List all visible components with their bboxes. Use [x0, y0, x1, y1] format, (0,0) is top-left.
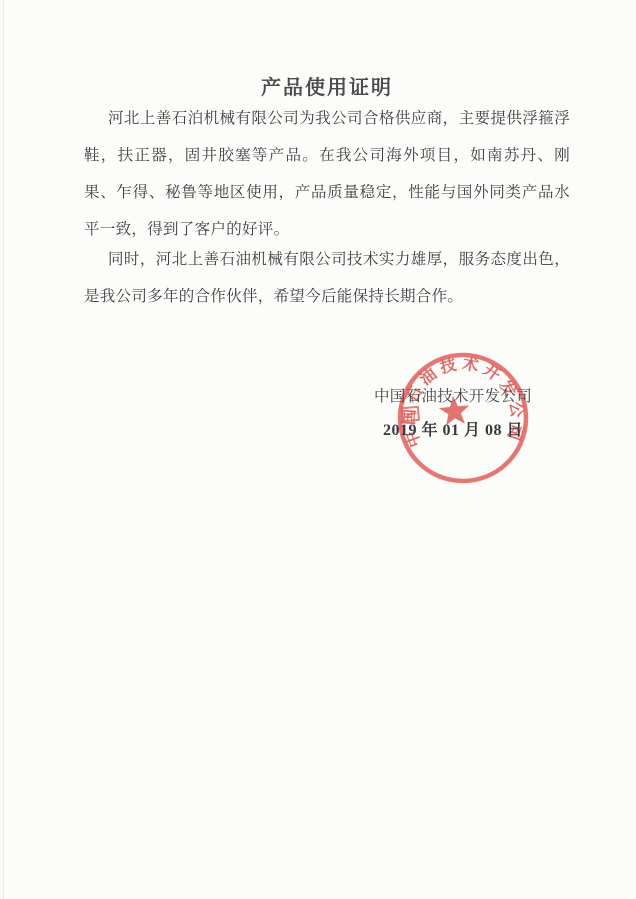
body-paragraph-1: 河北上善石泊机械有限公司为我公司合格供应商，主要提供浮箍浮鞋，扶正器，固井胶塞等… [84, 100, 570, 248]
signature-date: 2019 年 01 月 08 日 [383, 417, 523, 440]
scanned-certificate-page: 产品使用证明 河北上善石泊机械有限公司为我公司合格供应商，主要提供浮箍浮鞋，扶正… [0, 0, 636, 899]
scan-artifact-line [3, 0, 4, 899]
body-paragraph-2: 同时，河北上善石油机械有限公司技术实力雄厚，服务态度出色，是我公司多年的合作伙伴… [84, 241, 570, 315]
document-title: 产品使用证明 [84, 71, 570, 100]
signature-company-name: 中国石油技术开发公司 [374, 384, 532, 406]
